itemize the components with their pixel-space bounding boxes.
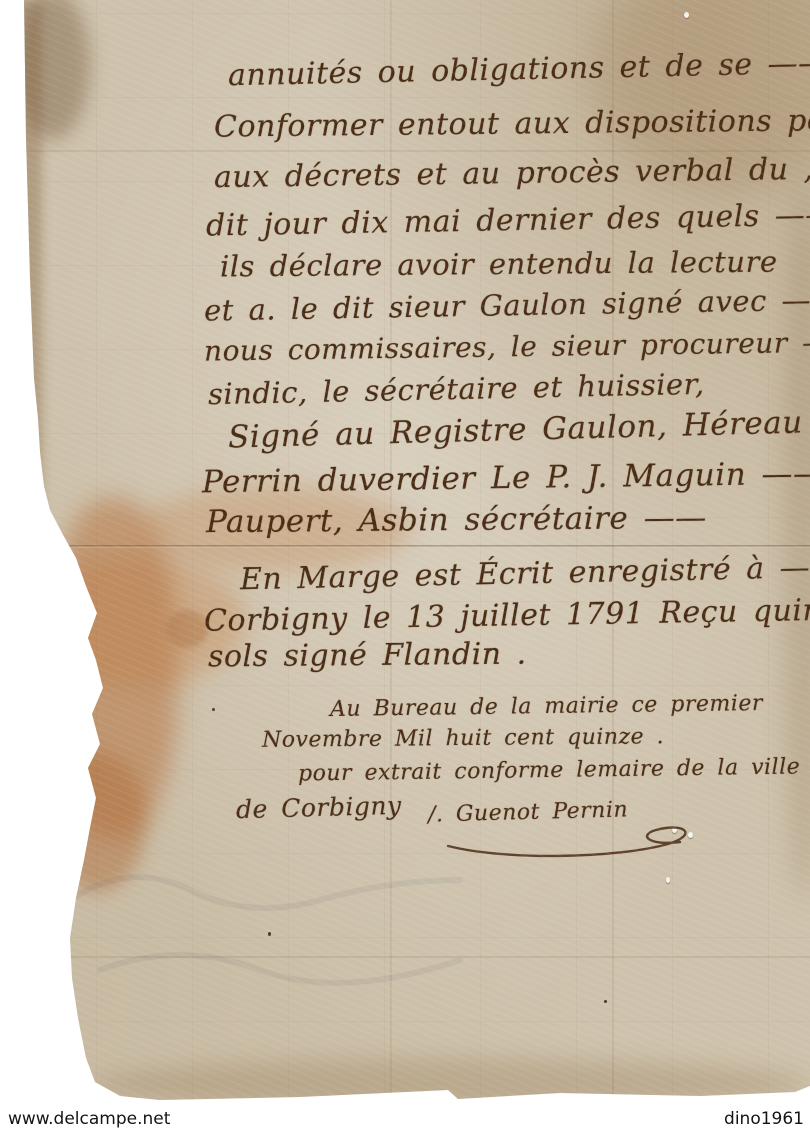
manuscript-line: /. Guenot Pernin [428,797,629,827]
manuscript-line: Conformer entout aux dispositions portée… [214,102,810,144]
manuscript-line: Novembre Mil huit cent quinze . [262,724,664,753]
manuscript-line: annuités ou obligations et de se —— [228,46,810,94]
manuscript-line: sindic, le sécrétaire et huissier, [208,367,705,411]
watermark-bar: www.delcampe.net dino1961 [0,1103,810,1131]
manuscript-line: Corbigny le 13 juillet 1791 Reçu quinze [204,592,810,638]
manuscript-line: et a. le dit sieur Gaulon signé avec —— [204,282,810,327]
manuscript-line: Signé au Registre Gaulon, Héreau [228,404,803,455]
manuscript-line: ils déclare avoir entendu la lecture [220,245,778,284]
manuscript-line: pour extrait conforme lemaire de la vill… [298,754,800,786]
manuscript-line: Perrin duverdier Le P. J. Maguin —— [202,456,810,501]
manuscript-line: aux décrets et au procès verbal du , [214,152,810,195]
manuscript-paper: annuités ou obligations et de se ——Confo… [0,0,810,1106]
manuscript-line: dit jour dix mai dernier des quels —— [206,198,810,244]
manuscript-line: de Corbigny [236,791,402,824]
site-credit: www.delcampe.net [8,1109,170,1129]
manuscript-line: nous commissaires, le sieur procureur —— [204,325,810,367]
manuscript-line: En Marge est Écrit enregistré à —— [240,550,810,598]
manuscript-line: Paupert, Asbin sécrétaire —— [206,500,707,540]
scanned-document-image: annuités ou obligations et de se ——Confo… [0,0,810,1131]
manuscript-line: Au Bureau de la mairie ce premier [330,691,763,722]
manuscript-line: sols signé Flandin . [208,637,527,675]
seller-name: dino1961 [724,1109,804,1129]
manuscript-text: annuités ou obligations et de se ——Confo… [0,0,810,1106]
